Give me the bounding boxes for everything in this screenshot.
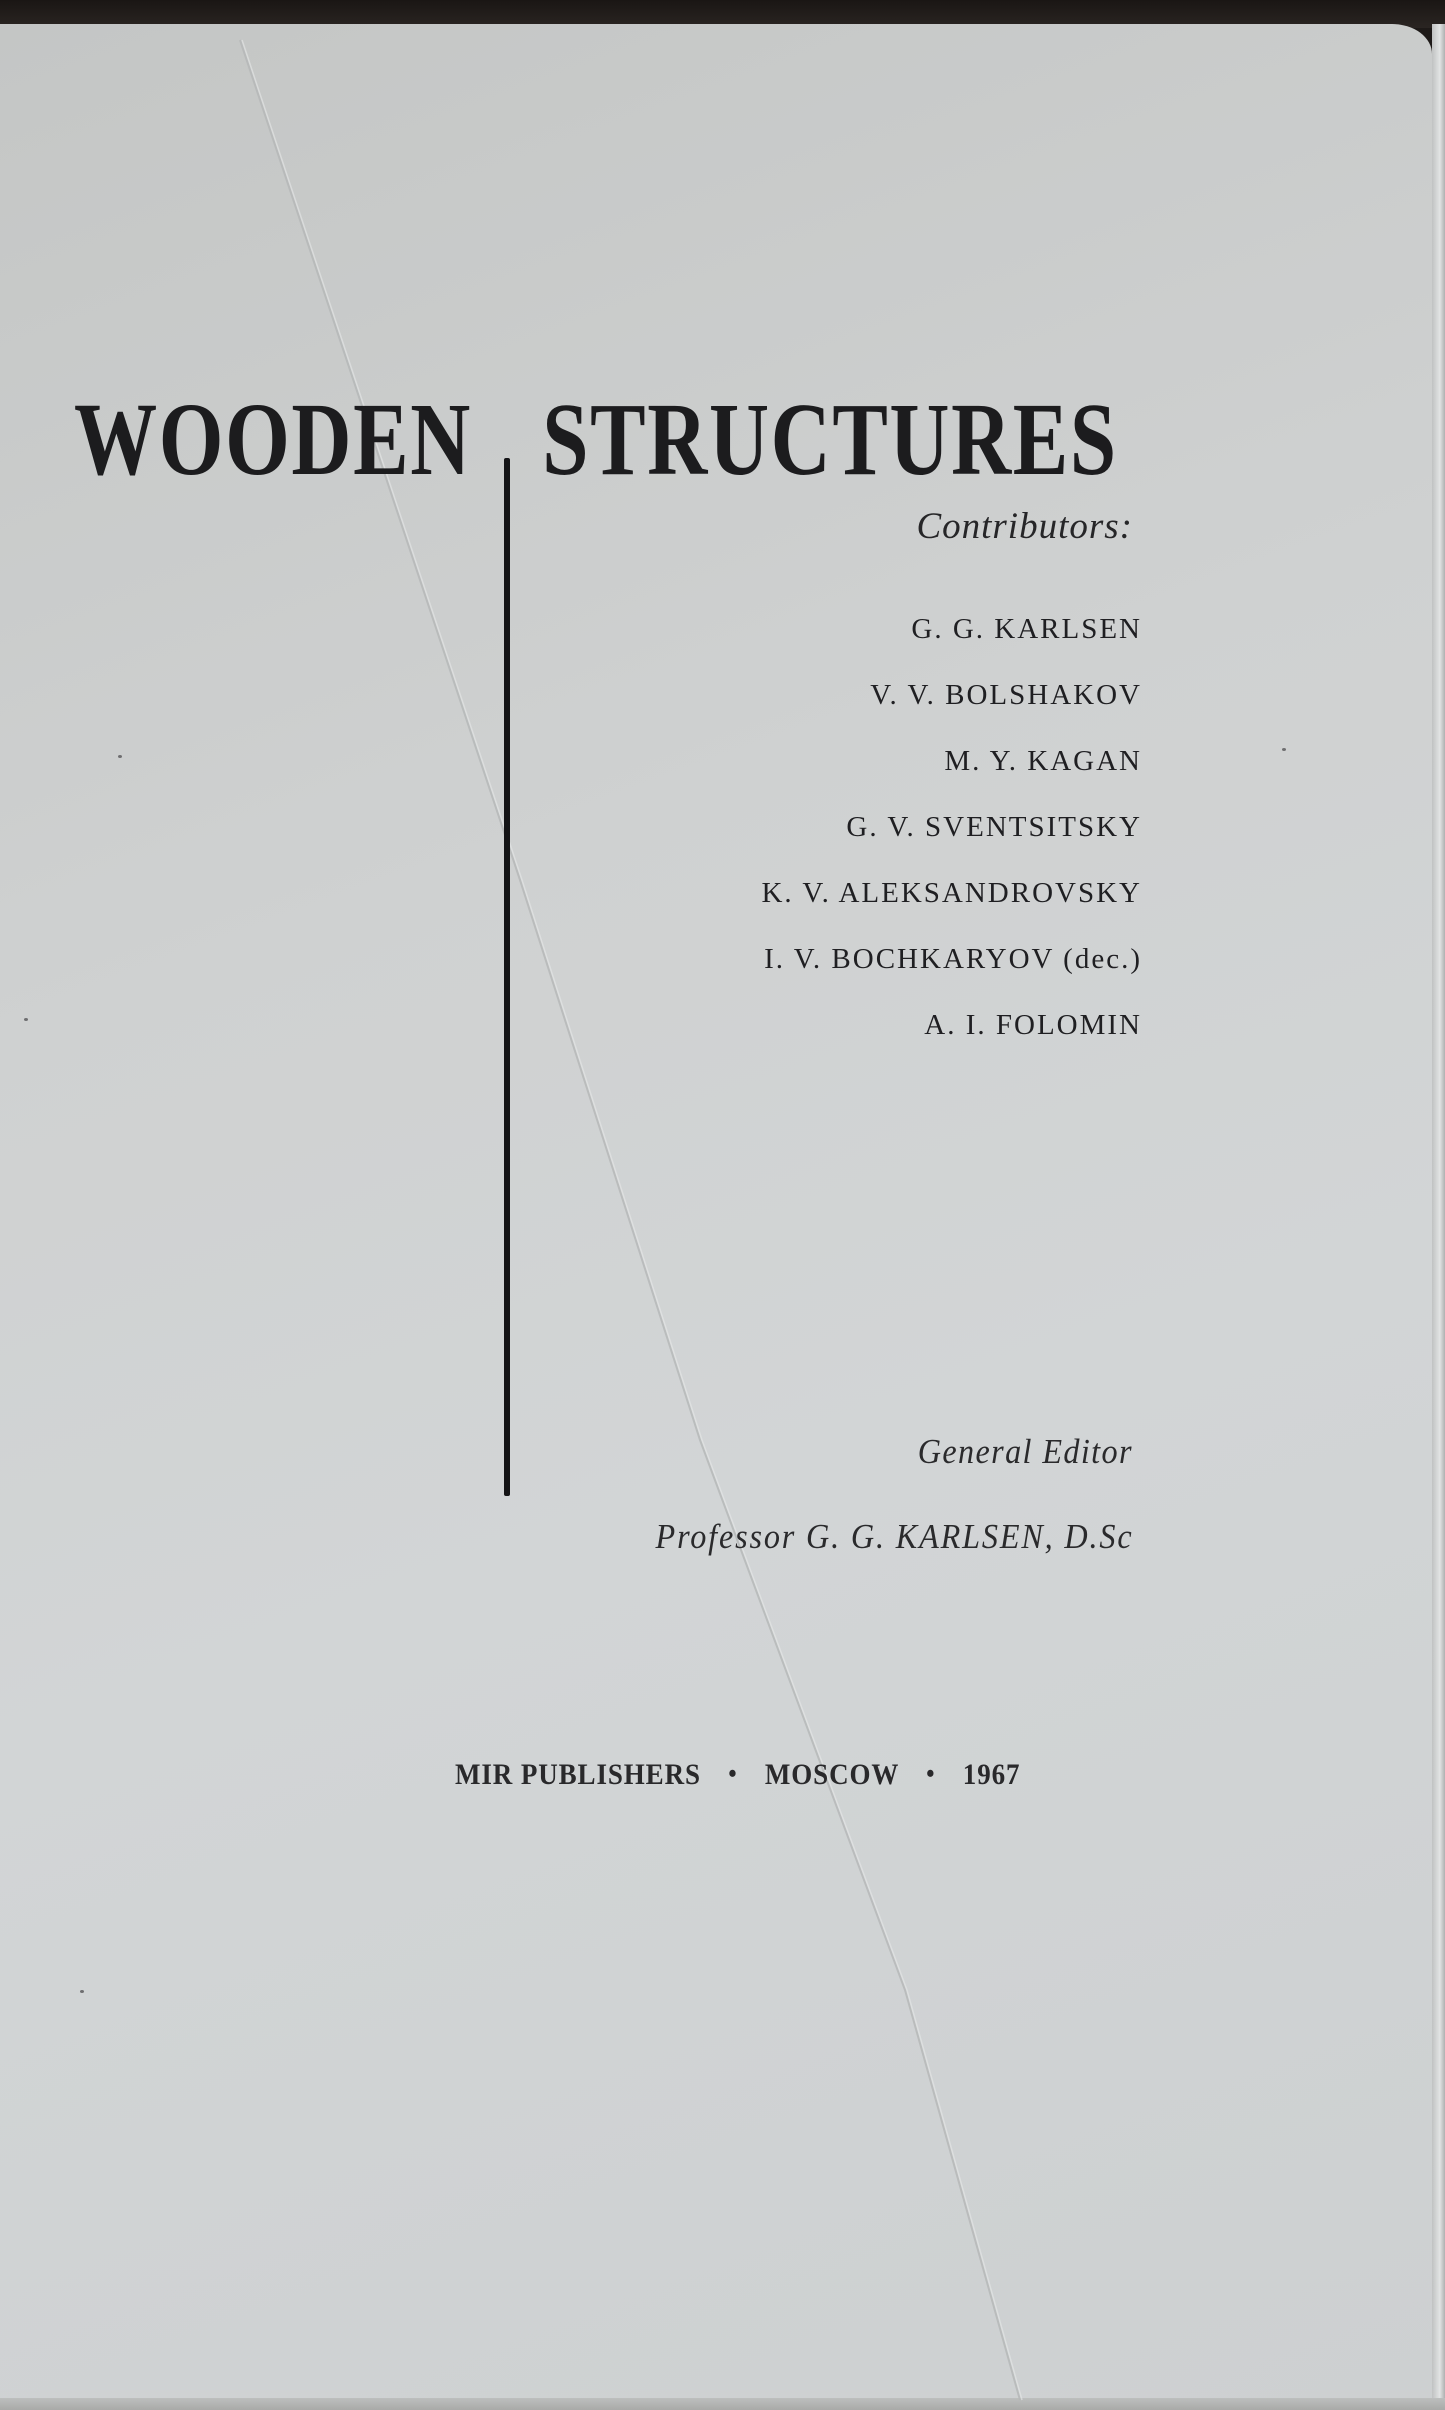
contributor-name: I. V. BOCHKARYOV (dec.)	[761, 926, 1142, 992]
general-editor-label: General Editor	[918, 1432, 1133, 1472]
title-word-structures: STRUCTURES	[542, 388, 1117, 492]
contributor-name: G. V. SVENTSITSKY	[761, 794, 1142, 860]
publication-year: 1967	[963, 1758, 1021, 1791]
page-bottom-edge	[0, 2398, 1445, 2410]
publisher-name: MIR PUBLISHERS	[455, 1758, 701, 1791]
book-title: WOODEN STRUCTURES	[74, 388, 1098, 492]
contributors-label: Contributors:	[916, 505, 1133, 548]
page-right-edge	[1432, 24, 1445, 2410]
bullet-separator-icon: •	[926, 1759, 935, 1789]
paper-speck	[80, 1990, 84, 1993]
contributor-name: G. G. KARLSEN	[761, 596, 1142, 662]
title-word-wooden: WOODEN	[74, 388, 472, 492]
bullet-separator-icon: •	[728, 1759, 737, 1789]
contributors-list: G. G. KARLSEN V. V. BOLSHAKOV M. Y. KAGA…	[761, 596, 1142, 1058]
contributor-name: A. I. FOLOMIN	[761, 992, 1142, 1058]
paper-speck	[24, 1018, 28, 1021]
vertical-rule	[504, 458, 510, 1496]
publisher-imprint: MIR PUBLISHERS • MOSCOW • 1967	[455, 1758, 1020, 1792]
paper-speck	[1282, 748, 1286, 751]
publisher-city: MOSCOW	[765, 1758, 899, 1791]
general-editor-name: Professor G. G. KARLSEN, D.Sc	[655, 1517, 1133, 1557]
contributor-name: M. Y. KAGAN	[761, 728, 1142, 794]
contributor-name: K. V. ALEKSANDROVSKY	[761, 860, 1142, 926]
contributor-name: V. V. BOLSHAKOV	[761, 662, 1142, 728]
paper-speck	[118, 755, 122, 758]
